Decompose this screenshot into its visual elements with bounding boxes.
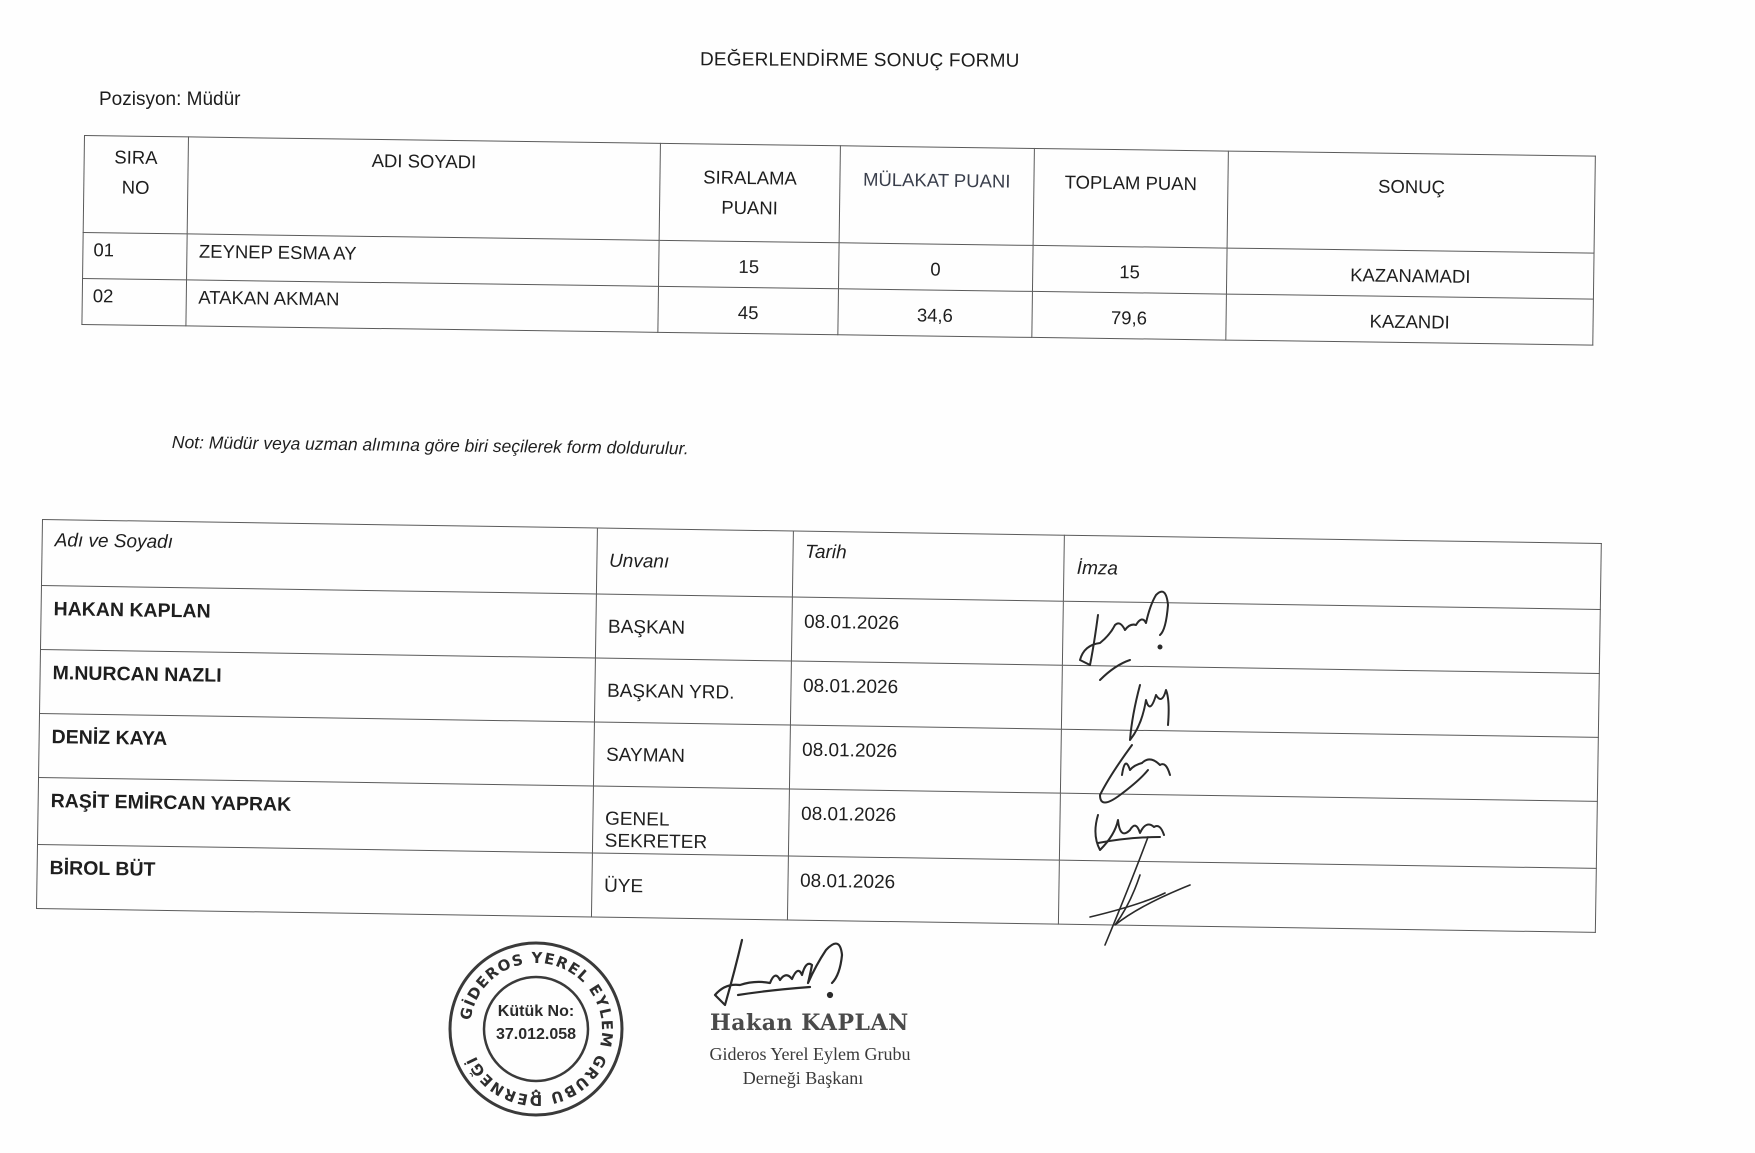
cell-toplam-puan: 15 — [1032, 245, 1227, 294]
president-name: Hakan KAPLAN — [710, 1010, 909, 1036]
cell-sonuc: KAZANDI — [1226, 294, 1593, 345]
cell-siralama-puani: 15 — [659, 240, 840, 288]
member-name: HAKAN KAPLAN — [40, 585, 596, 658]
header-name: Adı ve Soyadı — [41, 520, 597, 595]
member-title: BAŞKAN — [595, 594, 792, 661]
stamp-registry: Kütük No: 37.012.058 — [445, 1000, 627, 1046]
member-title: BAŞKAN YRD. — [594, 658, 791, 725]
stamp-registry-label: Kütük No: — [445, 1000, 627, 1023]
header-date: Tarih — [792, 531, 1065, 601]
position-label: Pozisyon: Müdür — [99, 89, 241, 111]
header-sonuc: SONUÇ — [1227, 151, 1595, 253]
member-name: BİROL BÜT — [37, 844, 593, 917]
president-signature-icon — [680, 935, 930, 1015]
member-date: 08.01.2026 — [789, 725, 1062, 793]
cell-sonuc: KAZANAMADI — [1227, 248, 1594, 299]
header-title: Unvanı — [596, 528, 793, 597]
member-name: DENİZ KAYA — [39, 713, 595, 786]
association-stamp: GİDEROS YEREL EYLEM GRUBU DERNEĞİ ✿ Kütü… — [445, 938, 627, 1120]
document-page: DEĞERLENDİRME SONUÇ FORMU Pozisyon: Müdü… — [0, 0, 1755, 1153]
header-signature: İmza — [1064, 535, 1602, 609]
member-signature-cell — [1061, 729, 1599, 801]
member-title: ÜYE — [591, 853, 788, 920]
member-signature-cell — [1059, 860, 1597, 932]
member-date: 08.01.2026 — [791, 597, 1064, 665]
member-date: 08.01.2026 — [788, 789, 1061, 860]
stamp-registry-number: 37.012.058 — [445, 1023, 627, 1046]
member-signature-cell — [1060, 793, 1598, 868]
header-sira-no: SIRANO — [83, 136, 188, 234]
cell-siralama-puani: 45 — [658, 286, 839, 334]
header-toplam-puan: TOPLAM PUAN — [1033, 148, 1229, 248]
document-title: DEĞERLENDİRME SONUÇ FORMU — [700, 49, 1020, 72]
header-siralama-puani: SIRALAMAPUANI — [659, 143, 840, 242]
president-organization: Gideros Yerel Eylem Grubu — [685, 1044, 935, 1065]
member-date: 08.01.2026 — [790, 661, 1063, 729]
committee-table: Adı ve Soyadı Unvanı Tarih İmza HAKAN KA… — [36, 519, 1602, 933]
results-table: SIRANO ADI SOYADI SIRALAMAPUANI MÜLAKAT … — [81, 135, 1595, 346]
member-name: M.NURCAN NAZLI — [40, 649, 596, 722]
member-signature-cell — [1063, 601, 1601, 673]
cell-toplam-puan: 79,6 — [1031, 291, 1226, 340]
cell-sira-no: 02 — [82, 278, 186, 325]
president-role: Derneği Başkanı — [678, 1068, 928, 1089]
star-icon: ✿ — [531, 1087, 541, 1101]
cell-adi-soyadi: ZEYNEP ESMA AY — [186, 234, 659, 286]
member-date: 08.01.2026 — [787, 856, 1060, 924]
form-note: Not: Müdür veya uzman alımına göre biri … — [172, 432, 689, 459]
header-adi-soyadi: ADI SOYADI — [187, 137, 661, 240]
member-name: RAŞİT EMİRCAN YAPRAK — [38, 777, 594, 853]
member-title: SAYMAN — [593, 722, 790, 789]
cell-adi-soyadi: ATAKAN AKMAN — [185, 280, 658, 332]
cell-mulakat-puani: 0 — [839, 243, 1033, 292]
member-signature-cell — [1062, 665, 1600, 737]
president-signature-block: Hakan KAPLAN Gideros Yerel Eylem Grubu D… — [680, 935, 930, 1095]
member-title: GENEL SEKRETER — [592, 786, 789, 856]
header-mulakat-puani: MÜLAKAT PUANI — [839, 146, 1034, 246]
cell-mulakat-puani: 34,6 — [838, 289, 1032, 338]
cell-sira-no: 01 — [83, 232, 187, 279]
